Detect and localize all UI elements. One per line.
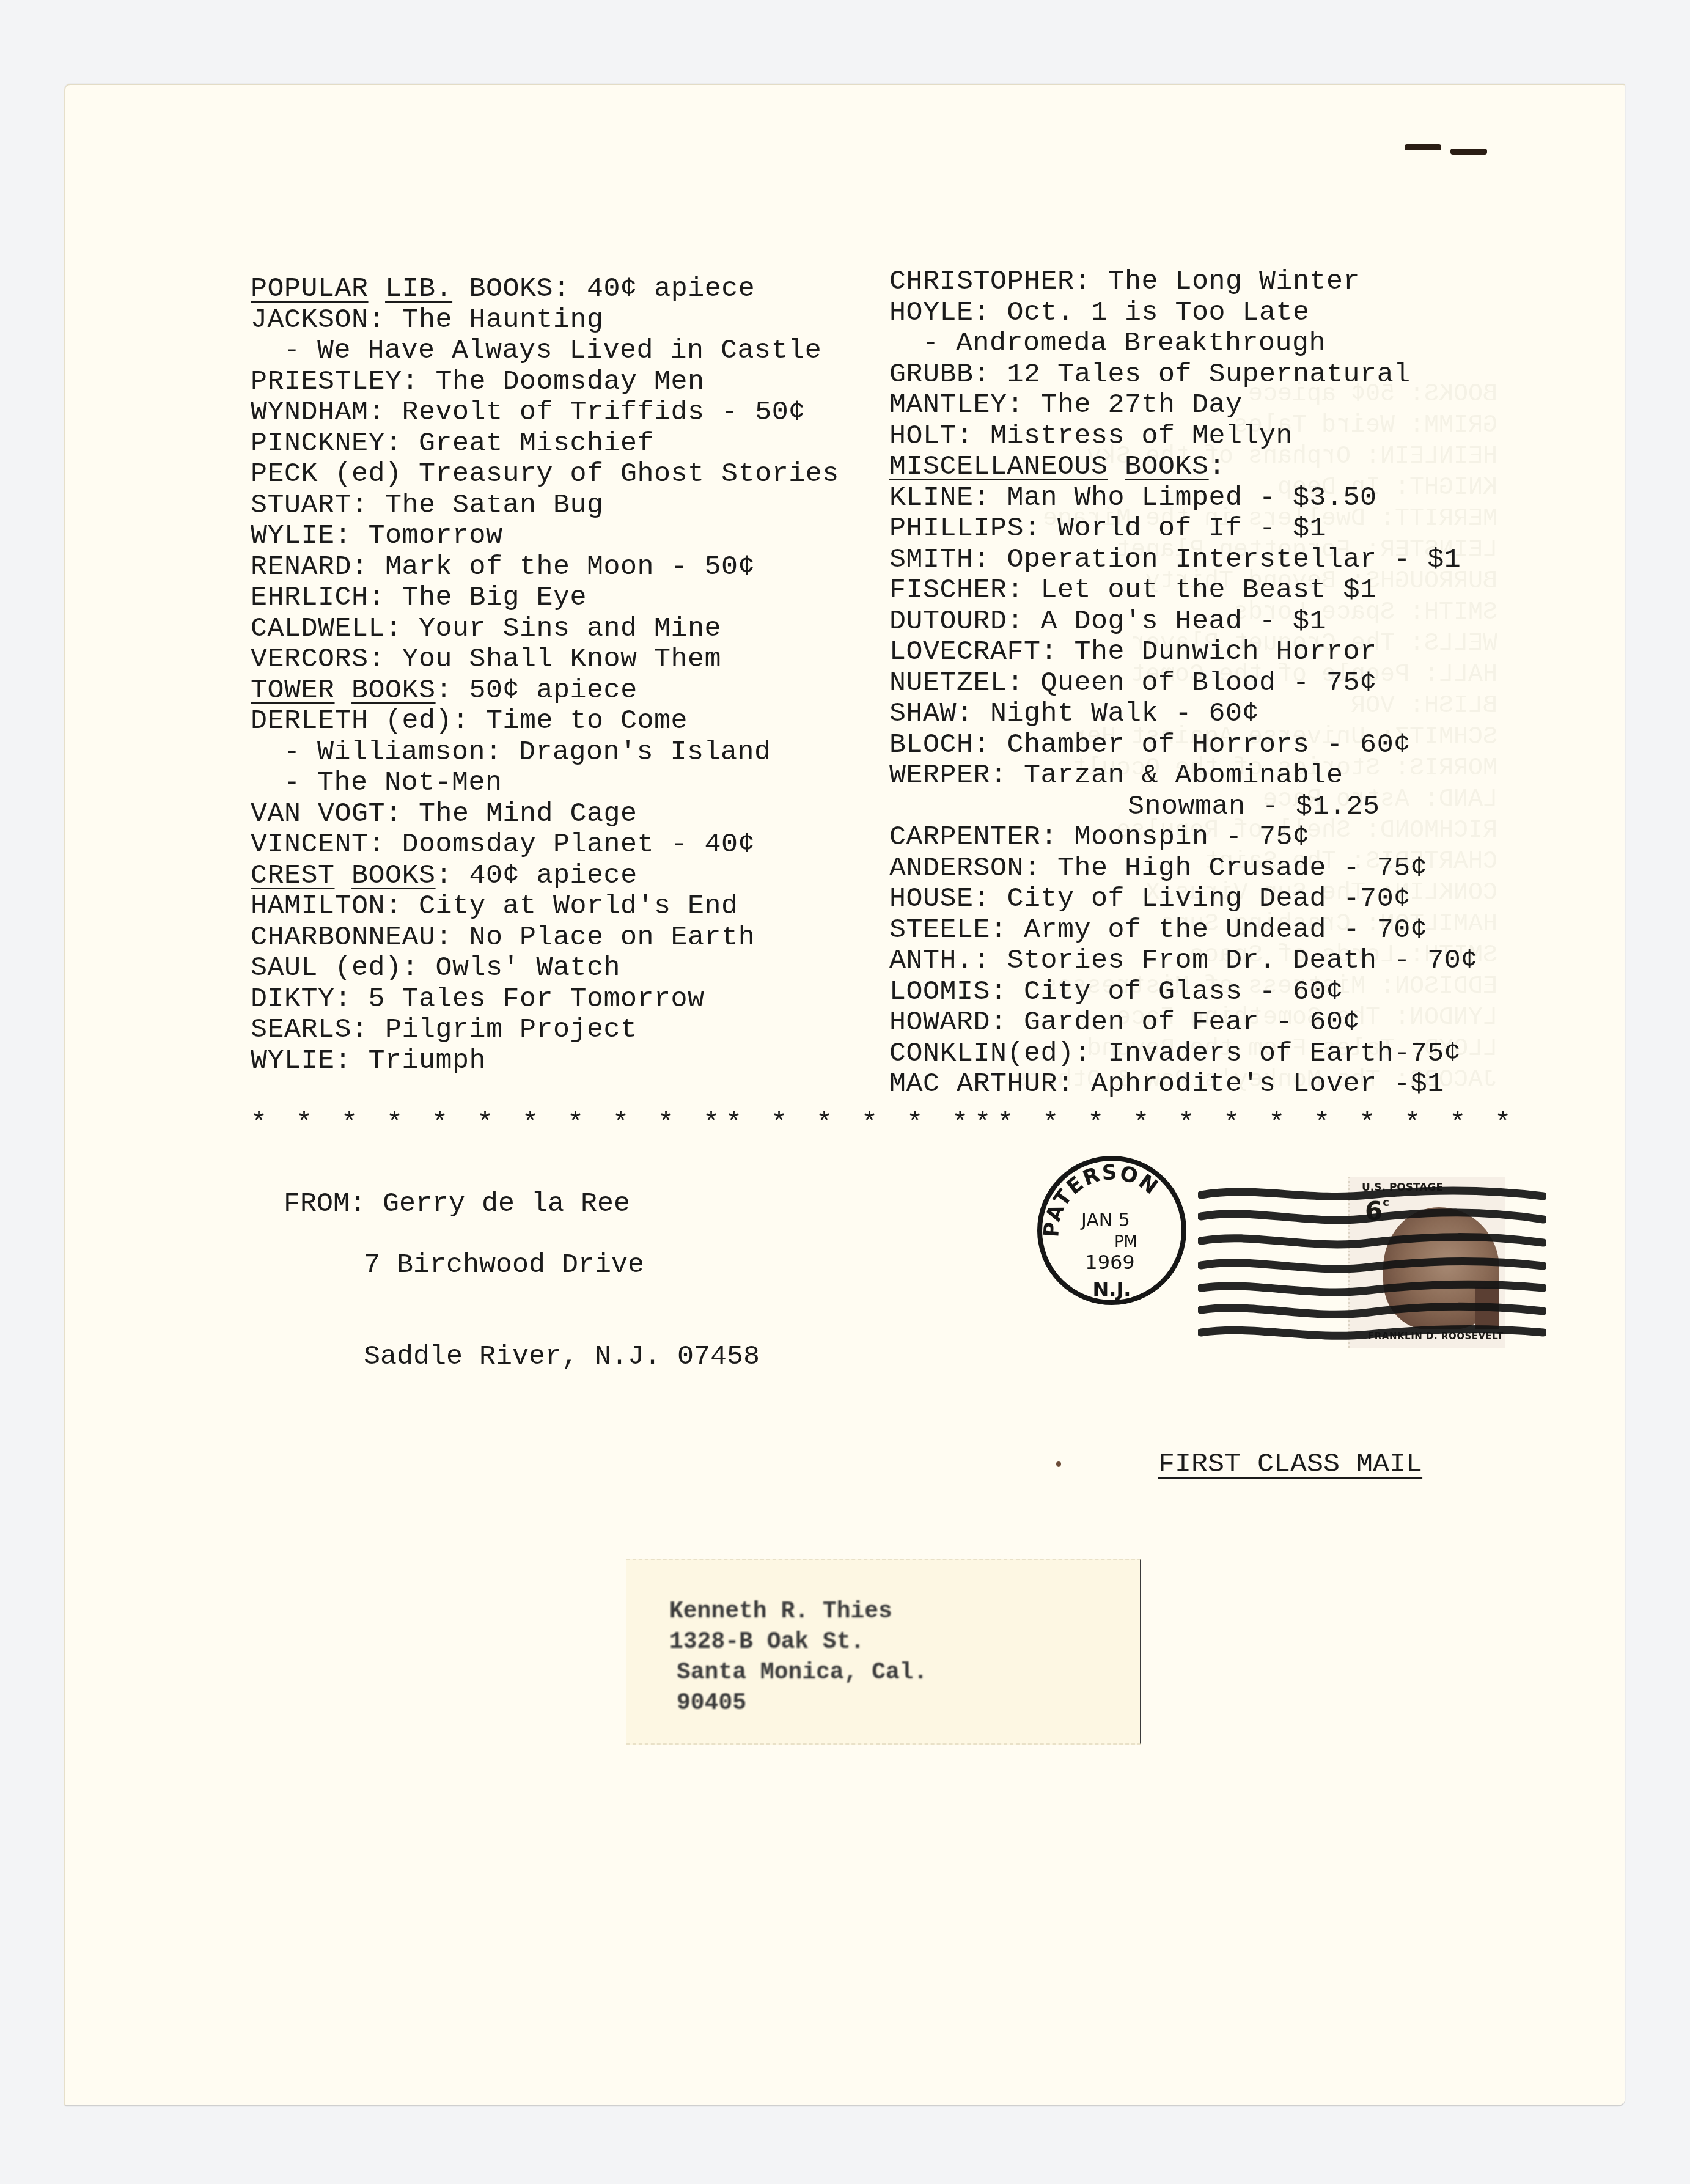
book-entry: RENARD: Mark of the Moon - 50¢	[251, 552, 839, 583]
book-entry: KLINE: Man Who Limped - $3.50	[889, 483, 1478, 514]
book-entry: SMITH: Operation Interstellar - $1	[889, 545, 1478, 576]
sender-city: Saddle River, N.J. 07458	[251, 1342, 760, 1372]
book-entry: BLOCH: Chamber of Horrors - 60¢	[889, 730, 1478, 761]
book-entry: HOLT: Mistress of Mellyn	[889, 421, 1478, 452]
book-entry: STEELE: Army of the Undead - 70¢	[889, 915, 1478, 946]
asterisk-separator: * * * * * * * * * * ** * * * * *** * * *…	[251, 1108, 1517, 1139]
first-class-mail-label: FIRST CLASS MAIL	[1158, 1449, 1422, 1480]
book-entry: PECK (ed) Treasury of Ghost Stories	[251, 459, 839, 490]
heading-price: : 40¢ apiece	[436, 860, 637, 891]
book-entry: DERLETH (ed): Time to Come	[251, 706, 839, 737]
postmark-state: N.J.	[1093, 1278, 1131, 1301]
section-heading: POPULAR LIB. BOOKS: 40¢ apiece	[251, 274, 839, 305]
recipient-name: Kenneth R. Thies	[669, 1598, 892, 1625]
right-column-book-list: CHRISTOPHER: The Long WinterHOYLE: Oct. …	[889, 267, 1478, 1100]
recipient-street: 1328-B Oak St.	[669, 1629, 864, 1655]
book-entry: SHAW: Night Walk - 60¢	[889, 699, 1478, 730]
cancellation-lines-icon	[1198, 1183, 1546, 1342]
recipient-city: Santa Monica, Cal.	[669, 1660, 927, 1686]
book-entry: HOWARD: Garden of Fear - 60¢	[889, 1007, 1478, 1039]
sender-name: Gerry de la Ree	[383, 1188, 630, 1219]
heading-price: : 50¢ apiece	[436, 675, 637, 706]
postmark-year: 1969	[1085, 1251, 1134, 1274]
heading-word: BOOKS	[351, 860, 436, 891]
book-entry: LOOMIS: City of Glass - 60¢	[889, 977, 1478, 1008]
book-subentry: - Andromeda Breakthrough	[889, 328, 1478, 359]
book-entry: HAMILTON: City at World's End	[251, 891, 839, 922]
book-entry: HOYLE: Oct. 1 is Too Late	[889, 298, 1478, 329]
book-entry: WYNDHAM: Revolt of Triffids - 50¢	[251, 397, 839, 428]
book-entry: VAN VOGT: The Mind Cage	[251, 799, 839, 830]
book-entry: CONKLIN(ed): Invaders of Earth-75¢	[889, 1039, 1478, 1070]
book-entry: WERPER: Tarzan & Abominable	[889, 760, 1478, 792]
book-entry: VINCENT: Doomsday Planet - 40¢	[251, 829, 839, 861]
book-entry: ANDERSON: The High Crusade - 75¢	[889, 853, 1478, 884]
book-entry: PHILLIPS: World of If - $1	[889, 513, 1478, 545]
book-entry: PRIESTLEY: The Doomsday Men	[251, 367, 839, 398]
book-entry: LOVECRAFT: The Dunwich Horror	[889, 637, 1478, 668]
recipient-zip: 90405	[669, 1690, 746, 1716]
book-entry: CHRISTOPHER: The Long Winter	[889, 267, 1478, 298]
section-heading: MISCELLANEOUS BOOKS:	[889, 452, 1478, 483]
book-subentry: - The Not-Men	[251, 768, 839, 799]
book-entry: FISCHER: Let out the Beast $1	[889, 575, 1478, 606]
recipient-address-label: Kenneth R. Thies 1328-B Oak St. Santa Mo…	[626, 1559, 1141, 1745]
book-entry: EHRLICH: The Big Eye	[251, 583, 839, 614]
book-entry: PINCKNEY: Great Mischief	[251, 428, 839, 460]
sender-address: FROM: Gerry de la Ree 7 Birchwood Drive …	[251, 1158, 760, 1403]
postmark-ampm: PM	[1114, 1233, 1137, 1251]
book-entry: NUETZEL: Queen of Blood - 75¢	[889, 668, 1478, 699]
book-subentry: Snowman - $1.25	[889, 792, 1478, 823]
section-heading: TOWER BOOKS: 50¢ apiece	[251, 675, 839, 707]
book-subentry: - Williamson: Dragon's Island	[251, 737, 839, 768]
book-entry: DIKTY: 5 Tales For Tomorrow	[251, 984, 839, 1015]
sender-street: 7 Birchwood Drive	[251, 1250, 760, 1281]
book-entry: ANTH.: Stories From Dr. Death - 70¢	[889, 946, 1478, 977]
book-entry: MANTLEY: The 27th Day	[889, 390, 1478, 421]
book-entry: HOUSE: City of Living Dead -70¢	[889, 884, 1478, 915]
book-entry: GRUBB: 12 Tales of Supernatural	[889, 359, 1478, 391]
heading-word: TOWER	[251, 675, 335, 706]
postmark-date: JAN 5	[1080, 1210, 1130, 1231]
heading-word: CREST	[251, 860, 335, 891]
book-entry: SAUL (ed): Owls' Watch	[251, 953, 839, 984]
sender-label: FROM:	[284, 1188, 366, 1219]
book-entry: JACKSON: The Haunting	[251, 305, 839, 336]
book-entry: WYLIE: Tomorrow	[251, 521, 839, 552]
left-column-book-list: POPULAR LIB. BOOKS: 40¢ apieceJACKSON: T…	[251, 274, 839, 1076]
ink-dot	[1056, 1461, 1061, 1467]
book-entry: WYLIE: Triumph	[251, 1046, 839, 1077]
heading-word: BOOKS	[351, 675, 436, 706]
book-entry: CALDWELL: Your Sins and Mine	[251, 614, 839, 645]
book-entry: DUTOURD: A Dog's Head - $1	[889, 606, 1478, 638]
heading-price: :	[1209, 451, 1226, 482]
binder-mark-left	[1405, 144, 1441, 150]
heading-price: BOOKS: 40¢ apiece	[452, 273, 755, 304]
binder-mark-right	[1450, 149, 1487, 155]
book-entry: SEARLS: Pilgrim Project	[251, 1015, 839, 1046]
heading-word: LIB.	[385, 273, 452, 304]
book-subentry: - We Have Always Lived in Castle	[251, 336, 839, 367]
postmark-icon: PATERSON JAN 5 PM 1969 N.J.	[1035, 1154, 1188, 1307]
heading-word: BOOKS	[1125, 451, 1209, 482]
book-entry: CHARBONNEAU: No Place on Earth	[251, 922, 839, 954]
section-heading: CREST BOOKS: 40¢ apiece	[251, 861, 839, 892]
book-entry: STUART: The Satan Bug	[251, 490, 839, 521]
heading-word: MISCELLANEOUS	[889, 451, 1108, 482]
book-entry: CARPENTER: Moonspin - 75¢	[889, 822, 1478, 853]
heading-word: POPULAR	[251, 273, 369, 304]
book-entry: VERCORS: You Shall Know Them	[251, 644, 839, 675]
recipient-address: Kenneth R. Thies 1328-B Oak St. Santa Mo…	[669, 1597, 927, 1719]
book-entry: MAC ARTHUR: Aphrodite's Lover -$1	[889, 1069, 1478, 1100]
